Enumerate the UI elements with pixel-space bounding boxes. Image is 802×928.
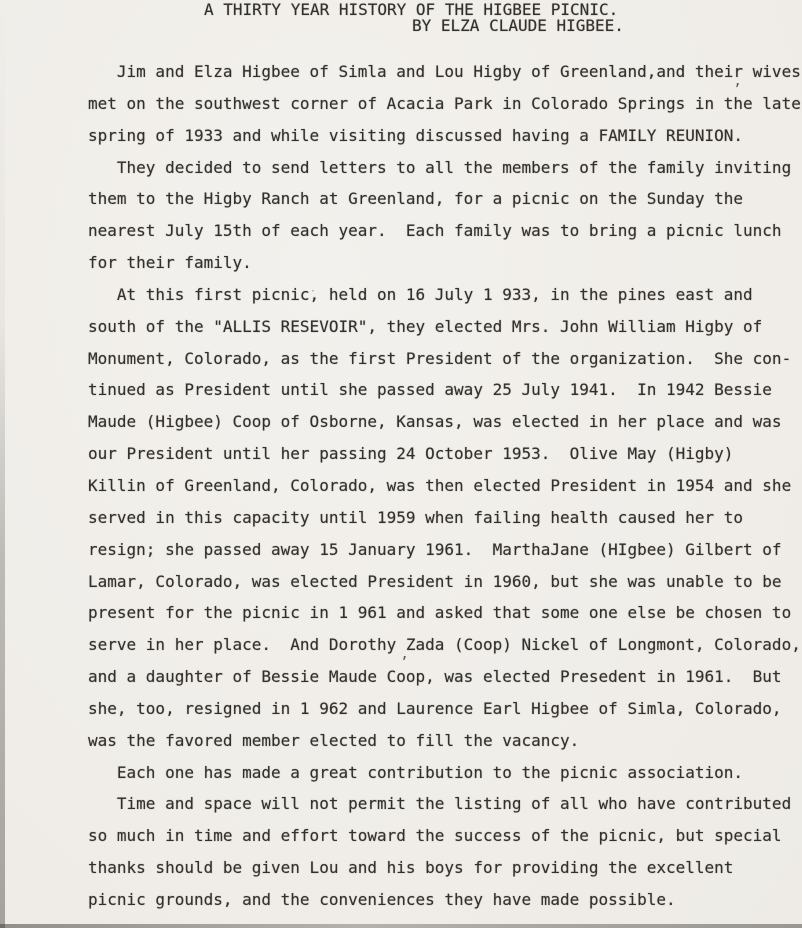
body-line: present for the picnic in 1 961 and aske… (88, 597, 802, 629)
body-line: was the favored member elected to fill t… (88, 725, 802, 757)
body-line: resign; she passed away 15 January 1961.… (88, 534, 802, 566)
body-lines: Jim and Elza Higbee of Simla and Lou Hig… (88, 56, 802, 916)
ink-speck: ’ (400, 655, 408, 671)
body-line: Lamar, Colorado, was elected President i… (88, 566, 802, 598)
body-line: Time and space will not permit the listi… (88, 788, 802, 820)
body-line: she, too, resigned in 1 962 and Laurence… (88, 693, 802, 725)
body-line: served in this capacity until 1959 when … (88, 502, 802, 534)
body-line: Maude (Higbee) Coop of Osborne, Kansas, … (88, 406, 802, 438)
body-line: them to the Higby Ranch at Greenland, fo… (88, 183, 802, 215)
body-line: nearest July 15th of each year. Each fam… (88, 215, 802, 247)
body-line: so much in time and effort toward the su… (88, 820, 802, 852)
body-line: At this first picnic, held on 16 July 1 … (88, 279, 802, 311)
body-line: south of the "ALLIS RESEVOIR", they elec… (88, 311, 802, 343)
body-line: spring of 1933 and while visiting discus… (88, 120, 802, 152)
body-line: serve in her place. And Dorothy Zada (Co… (88, 629, 802, 661)
body-line: our President until her passing 24 Octob… (88, 438, 802, 470)
body-line: tinued as President until she passed awa… (88, 374, 802, 406)
body-line: picnic grounds, and the conveniences the… (88, 884, 802, 916)
body-line: thanks should be given Lou and his boys … (88, 852, 802, 884)
body-line: Each one has made a great contribution t… (88, 757, 802, 789)
body-line: They decided to send letters to all the … (88, 152, 802, 184)
body-line: Jim and Elza Higbee of Simla and Lou Hig… (88, 56, 802, 88)
scanned-typewritten-page: A THIRTY YEAR HISTORY OF THE HIGBEE PICN… (0, 0, 802, 928)
body-line: met on the southwest corner of Acacia Pa… (88, 88, 802, 120)
body-line: Monument, Colorado, as the first Preside… (88, 343, 802, 375)
ink-speck: ’ (733, 82, 741, 98)
body-line: for their family. (88, 247, 802, 279)
scan-edge-shadow-left (0, 0, 5, 928)
document-byline: BY ELZA CLAUDE HIGBEE. (412, 17, 624, 35)
scan-edge-shadow-bottom (0, 924, 802, 928)
body-line: Killin of Greenland, Colorado, was then … (88, 470, 802, 502)
body-line: and a daughter of Bessie Maude Coop, was… (88, 661, 802, 693)
ink-speck: · (310, 286, 316, 297)
